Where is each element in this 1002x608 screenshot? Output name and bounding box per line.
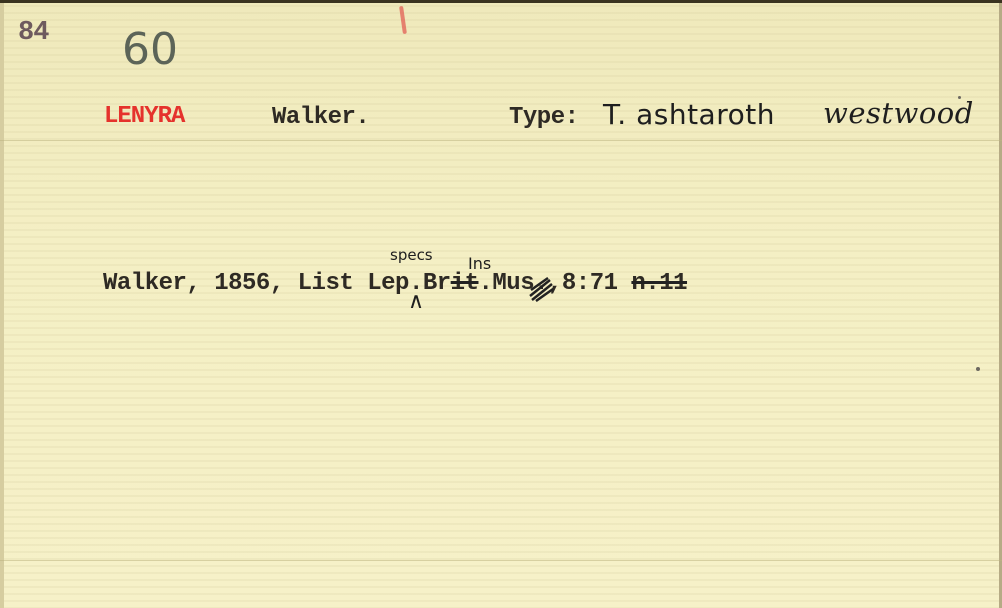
type-species-author-handwritten: westwood [823,96,974,130]
pencil-number: 60 [122,24,178,75]
citation-prefix: Walker, 1856, List [103,270,353,297]
paper-speck [976,367,980,371]
citation-suffix: .Mus.,8:71 [478,270,631,297]
card-rule-line [0,140,1002,141]
scribble-icon [528,276,554,302]
paper-speck [958,96,961,99]
genus-name: LENYRA [104,103,184,130]
citation-struck-chars: it [451,270,479,297]
handwritten-insert-specs: specs [390,246,433,264]
citation-struck-plate: n.11 [631,270,687,297]
card-number: 84 [18,18,48,48]
card-rule-line [0,560,1002,561]
type-label: Type: [509,104,579,131]
red-pencil-mark [399,6,407,34]
type-species-handwritten: T. ashtaroth [603,98,775,131]
citation-publication: Lep.Br [367,270,450,297]
genus-author: Walker. [272,104,369,131]
citation-line: Walker, 1856, ListLep.Brit.Mus.,8:71 n.1… [103,270,687,297]
index-card: 84 60 LENYRA Walker. Type: T. ashtaroth … [0,0,1002,608]
